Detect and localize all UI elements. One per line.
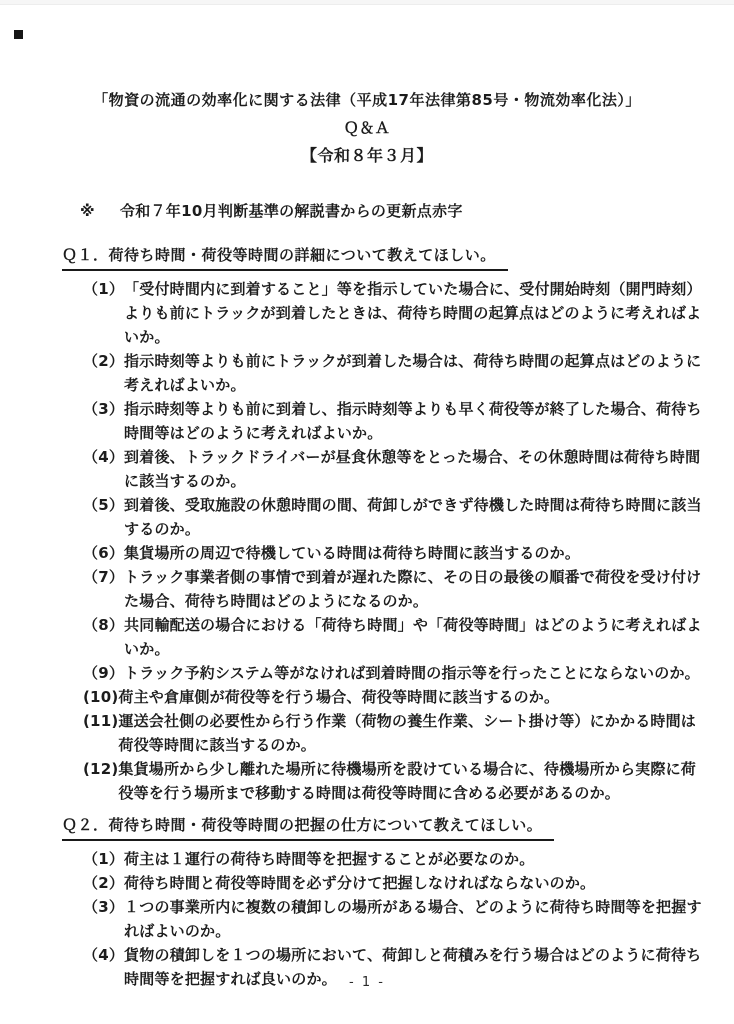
sub-question-number: （6） xyxy=(83,541,124,565)
sub-question-text: 「受付時間内に到着すること」等を指示していた場合に、受付開始時刻（開門時刻）より… xyxy=(124,277,702,349)
sub-question-item: （5）到着後、受取施設の休憩時間の間、荷卸しができず待機した時間は荷待ち時間に該… xyxy=(83,493,702,541)
revision-note: ※令和７年10月判断基準の解説書からの更新点赤字 xyxy=(80,200,734,221)
question-sub-items: （1）荷主は１運行の荷待ち時間等を把握することが必要なのか。（2）荷待ち時間と荷… xyxy=(83,847,702,991)
sub-question-number: （5） xyxy=(83,493,124,541)
question-heading: Ｑ２．荷待ち時間・荷役等時間の把握の仕方について教えてほしい。 xyxy=(62,815,554,841)
sub-question-text: 指示時刻等よりも前に到着し、指示時刻等よりも早く荷役等が終了した場合、荷待ち時間… xyxy=(124,397,702,445)
sub-question-text: トラック予約システム等がなければ到着時間の指示等を行ったことにならないのか。 xyxy=(124,661,702,685)
sub-question-number: (11) xyxy=(83,709,118,757)
sub-question-item: （3）１つの事業所内に複数の積卸しの場所がある場合、どのように荷待ち時間等を把握… xyxy=(83,895,702,943)
sub-question-number: (12) xyxy=(83,757,118,805)
sub-question-text: 荷主は１運行の荷待ち時間等を把握することが必要なのか。 xyxy=(124,847,702,871)
sub-question-item: （4）到着後、トラックドライバーが昼食休憩等をとった場合、その休憩時間は荷待ち時… xyxy=(83,445,702,493)
sub-question-item: （8）共同輸配送の場合における「荷待ち時間」や「荷役等時間」はどのように考えれば… xyxy=(83,613,702,661)
reference-mark-icon: ※ xyxy=(80,202,95,220)
page-number: - 1 - xyxy=(0,975,734,990)
sub-question-number: （7） xyxy=(83,565,124,613)
sub-question-item: （2）荷待ち時間と荷役等時間を必ず分けて把握しなければならないのか。 xyxy=(83,871,702,895)
sub-question-number: （3） xyxy=(83,895,124,943)
scan-artifact-mark xyxy=(14,30,23,39)
sub-question-item: （9）トラック予約システム等がなければ到着時間の指示等を行ったことにならないのか… xyxy=(83,661,702,685)
sub-question-number: （4） xyxy=(83,445,124,493)
qa-section: Ｑ２．荷待ち時間・荷役等時間の把握の仕方について教えてほしい。（1）荷主は１運行… xyxy=(62,815,702,991)
sub-question-item: (10)荷主や倉庫側が荷役等を行う場合、荷役等時間に該当するのか。 xyxy=(83,685,702,709)
sub-question-number: （8） xyxy=(83,613,124,661)
sub-question-text: 荷待ち時間と荷役等時間を必ず分けて把握しなければならないのか。 xyxy=(124,871,702,895)
sub-question-text: 到着後、受取施設の休憩時間の間、荷卸しができず待機した時間は荷待ち時間に該当する… xyxy=(124,493,702,541)
sub-question-number: （1） xyxy=(83,847,124,871)
document-date: 【令和８年３月】 xyxy=(0,142,734,170)
sub-question-text: 集貨場所から少し離れた場所に待機場所を設けている場合に、待機場所から実際に荷役等… xyxy=(118,757,702,805)
sub-question-number: （1） xyxy=(83,277,124,349)
sub-question-item: (11)運送会社側の必要性から行う作業（荷物の養生作業、シート掛け等）にかかる時… xyxy=(83,709,702,757)
sub-question-number: （2） xyxy=(83,349,124,397)
document-page: 「物資の流通の効率化に関する法律（平成17年法律第85号・物流効率化法）」 Ｑ＆… xyxy=(0,0,734,1024)
sub-question-item: （7）トラック事業者側の事情で到着が遅れた際に、その日の最後の順番で荷役を受け付… xyxy=(83,565,702,613)
question-heading: Ｑ１．荷待ち時間・荷役等時間の詳細について教えてほしい。 xyxy=(62,245,508,271)
sub-question-number: (10) xyxy=(83,685,118,709)
sub-question-item: （3）指示時刻等よりも前に到着し、指示時刻等よりも早く荷役等が終了した場合、荷待… xyxy=(83,397,702,445)
revision-note-text: 令和７年10月判断基準の解説書からの更新点赤字 xyxy=(120,202,463,220)
sub-question-item: （1）荷主は１運行の荷待ち時間等を把握することが必要なのか。 xyxy=(83,847,702,871)
sub-question-text: 指示時刻等よりも前にトラックが到着した場合は、荷待ち時間の起算点はどのように考え… xyxy=(124,349,702,397)
sub-question-text: 集貨場所の周辺で待機している時間は荷待ち時間に該当するのか。 xyxy=(124,541,702,565)
sub-question-item: （1）「受付時間内に到着すること」等を指示していた場合に、受付開始時刻（開門時刻… xyxy=(83,277,702,349)
sub-question-item: （2）指示時刻等よりも前にトラックが到着した場合は、荷待ち時間の起算点はどのよう… xyxy=(83,349,702,397)
question-sub-items: （1）「受付時間内に到着すること」等を指示していた場合に、受付開始時刻（開門時刻… xyxy=(83,277,702,805)
qa-sections: Ｑ１．荷待ち時間・荷役等時間の詳細について教えてほしい。（1）「受付時間内に到着… xyxy=(62,245,702,991)
document-subtitle-qa: Ｑ＆Ａ xyxy=(0,114,734,142)
sub-question-number: （9） xyxy=(83,661,124,685)
sub-question-item: (12)集貨場所から少し離れた場所に待機場所を設けている場合に、待機場所から実際… xyxy=(83,757,702,805)
sub-question-number: （2） xyxy=(83,871,124,895)
title-block: 「物資の流通の効率化に関する法律（平成17年法律第85号・物流効率化法）」 Ｑ＆… xyxy=(0,0,734,170)
sub-question-text: 荷主や倉庫側が荷役等を行う場合、荷役等時間に該当するのか。 xyxy=(118,685,702,709)
sub-question-text: 運送会社側の必要性から行う作業（荷物の養生作業、シート掛け等）にかかる時間は荷役… xyxy=(118,709,702,757)
sub-question-number: （3） xyxy=(83,397,124,445)
sub-question-text: 共同輸配送の場合における「荷待ち時間」や「荷役等時間」はどのように考えればよいか… xyxy=(124,613,702,661)
sub-question-item: （6）集貨場所の周辺で待機している時間は荷待ち時間に該当するのか。 xyxy=(83,541,702,565)
sub-question-text: 到着後、トラックドライバーが昼食休憩等をとった場合、その休憩時間は荷待ち時間に該… xyxy=(124,445,702,493)
document-title: 「物資の流通の効率化に関する法律（平成17年法律第85号・物流効率化法）」 xyxy=(0,86,734,114)
sub-question-text: トラック事業者側の事情で到着が遅れた際に、その日の最後の順番で荷役を受け付けた場… xyxy=(124,565,702,613)
page-top-edge xyxy=(0,0,734,5)
qa-section: Ｑ１．荷待ち時間・荷役等時間の詳細について教えてほしい。（1）「受付時間内に到着… xyxy=(62,245,702,805)
sub-question-text: １つの事業所内に複数の積卸しの場所がある場合、どのように荷待ち時間等を把握すれば… xyxy=(124,895,702,943)
